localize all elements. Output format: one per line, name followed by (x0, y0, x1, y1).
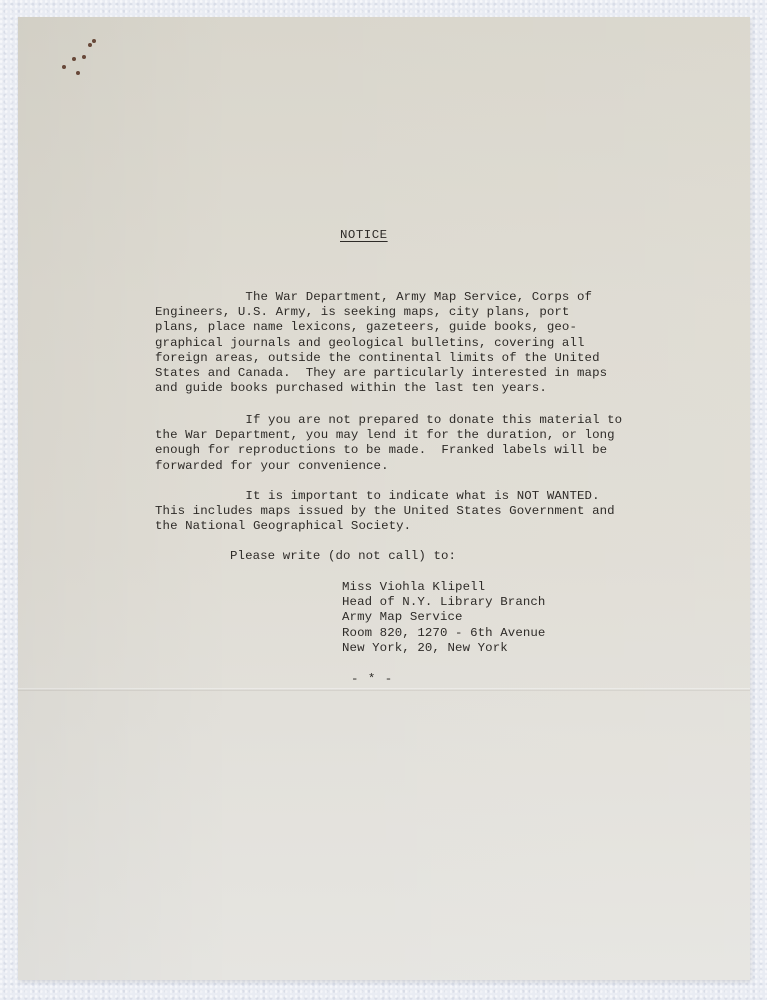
end-ornament: - * - (351, 672, 393, 686)
paragraph-lend: If you are not prepared to donate this m… (155, 413, 622, 474)
staple-hole-icon (82, 55, 86, 59)
notice-title: NOTICE (340, 228, 388, 242)
staple-hole-icon (72, 57, 76, 61)
staple-hole-icon (76, 71, 80, 75)
paragraph-not-wanted: It is important to indicate what is NOT … (155, 489, 615, 535)
staple-hole-icon (88, 43, 92, 47)
fold-crease (18, 688, 750, 691)
staple-hole-icon (62, 65, 66, 69)
staple-hole-icon (92, 39, 96, 43)
address-block: Miss Viohla Klipell Head of N.Y. Library… (342, 580, 545, 656)
paragraph-write-to: Please write (do not call) to: (230, 549, 456, 564)
paragraph-request: The War Department, Army Map Service, Co… (155, 290, 607, 396)
staple-holes (52, 33, 112, 83)
